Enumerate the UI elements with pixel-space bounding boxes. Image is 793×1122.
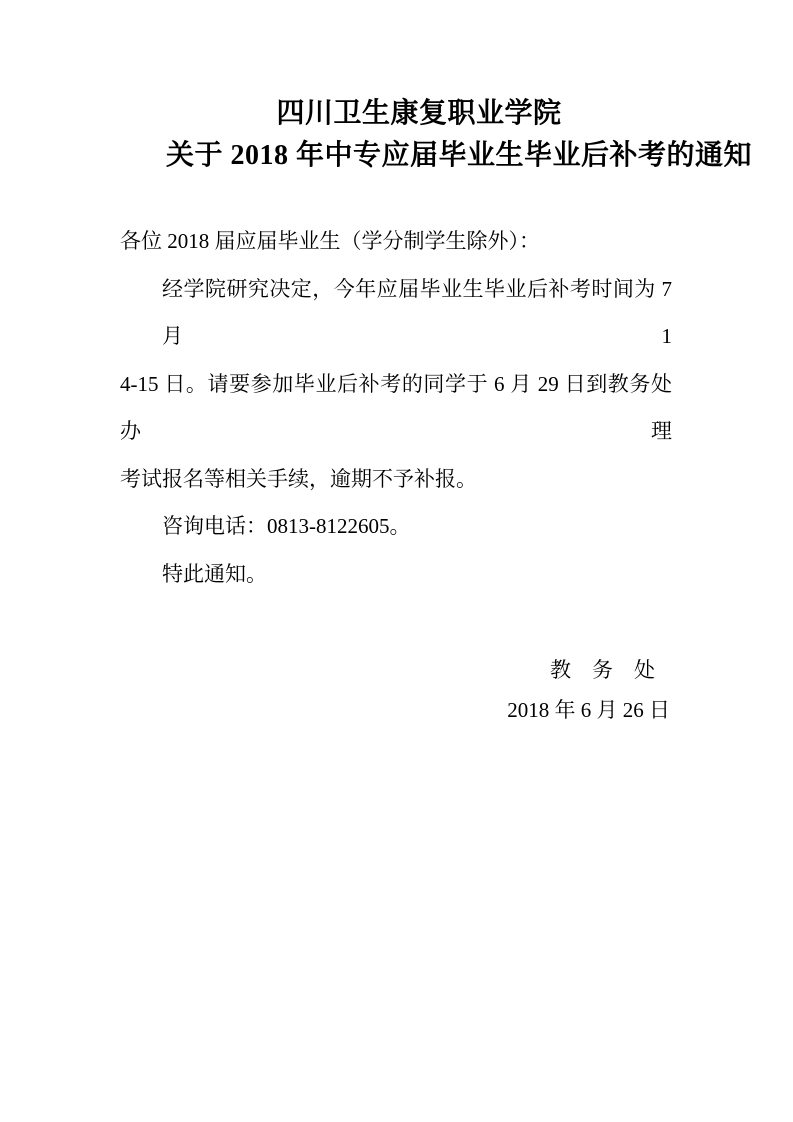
salutation-line: 各位 2018 届应届毕业生（学分制学生除外）：	[120, 218, 672, 266]
contact-phone-line: 咨询电话：0813-8122605。	[120, 503, 672, 551]
body-line: 考试报名等相关手续，逾期不予补报。	[120, 456, 672, 504]
signature-department: 教 务 处	[120, 650, 672, 690]
closing-line: 特此通知。	[120, 551, 672, 599]
document-title: 四川卫生康复职业学院 关于 2018 年中专应届毕业生毕业后补考的通知	[0, 0, 793, 177]
signature-date: 2018 年 6 月 26 日	[120, 690, 672, 730]
notice-document-page: 四川卫生康复职业学院 关于 2018 年中专应届毕业生毕业后补考的通知 各位 2…	[0, 0, 793, 1122]
document-body: 各位 2018 届应届毕业生（学分制学生除外）： 经学院研究决定，今年应届毕业生…	[120, 218, 672, 598]
document-title-line-organization: 四川卫生康复职业学院	[166, 93, 672, 135]
body-line: 4-15 日。请要参加毕业后补考的同学于 6 月 29 日到教务处办理	[120, 361, 672, 456]
signature-block: 教 务 处 2018 年 6 月 26 日	[120, 650, 672, 730]
body-line: 经学院研究决定，今年应届毕业生毕业后补考时间为 7 月 1	[120, 266, 672, 361]
document-title-line-subject: 关于 2018 年中专应届毕业生毕业后补考的通知	[166, 135, 672, 177]
